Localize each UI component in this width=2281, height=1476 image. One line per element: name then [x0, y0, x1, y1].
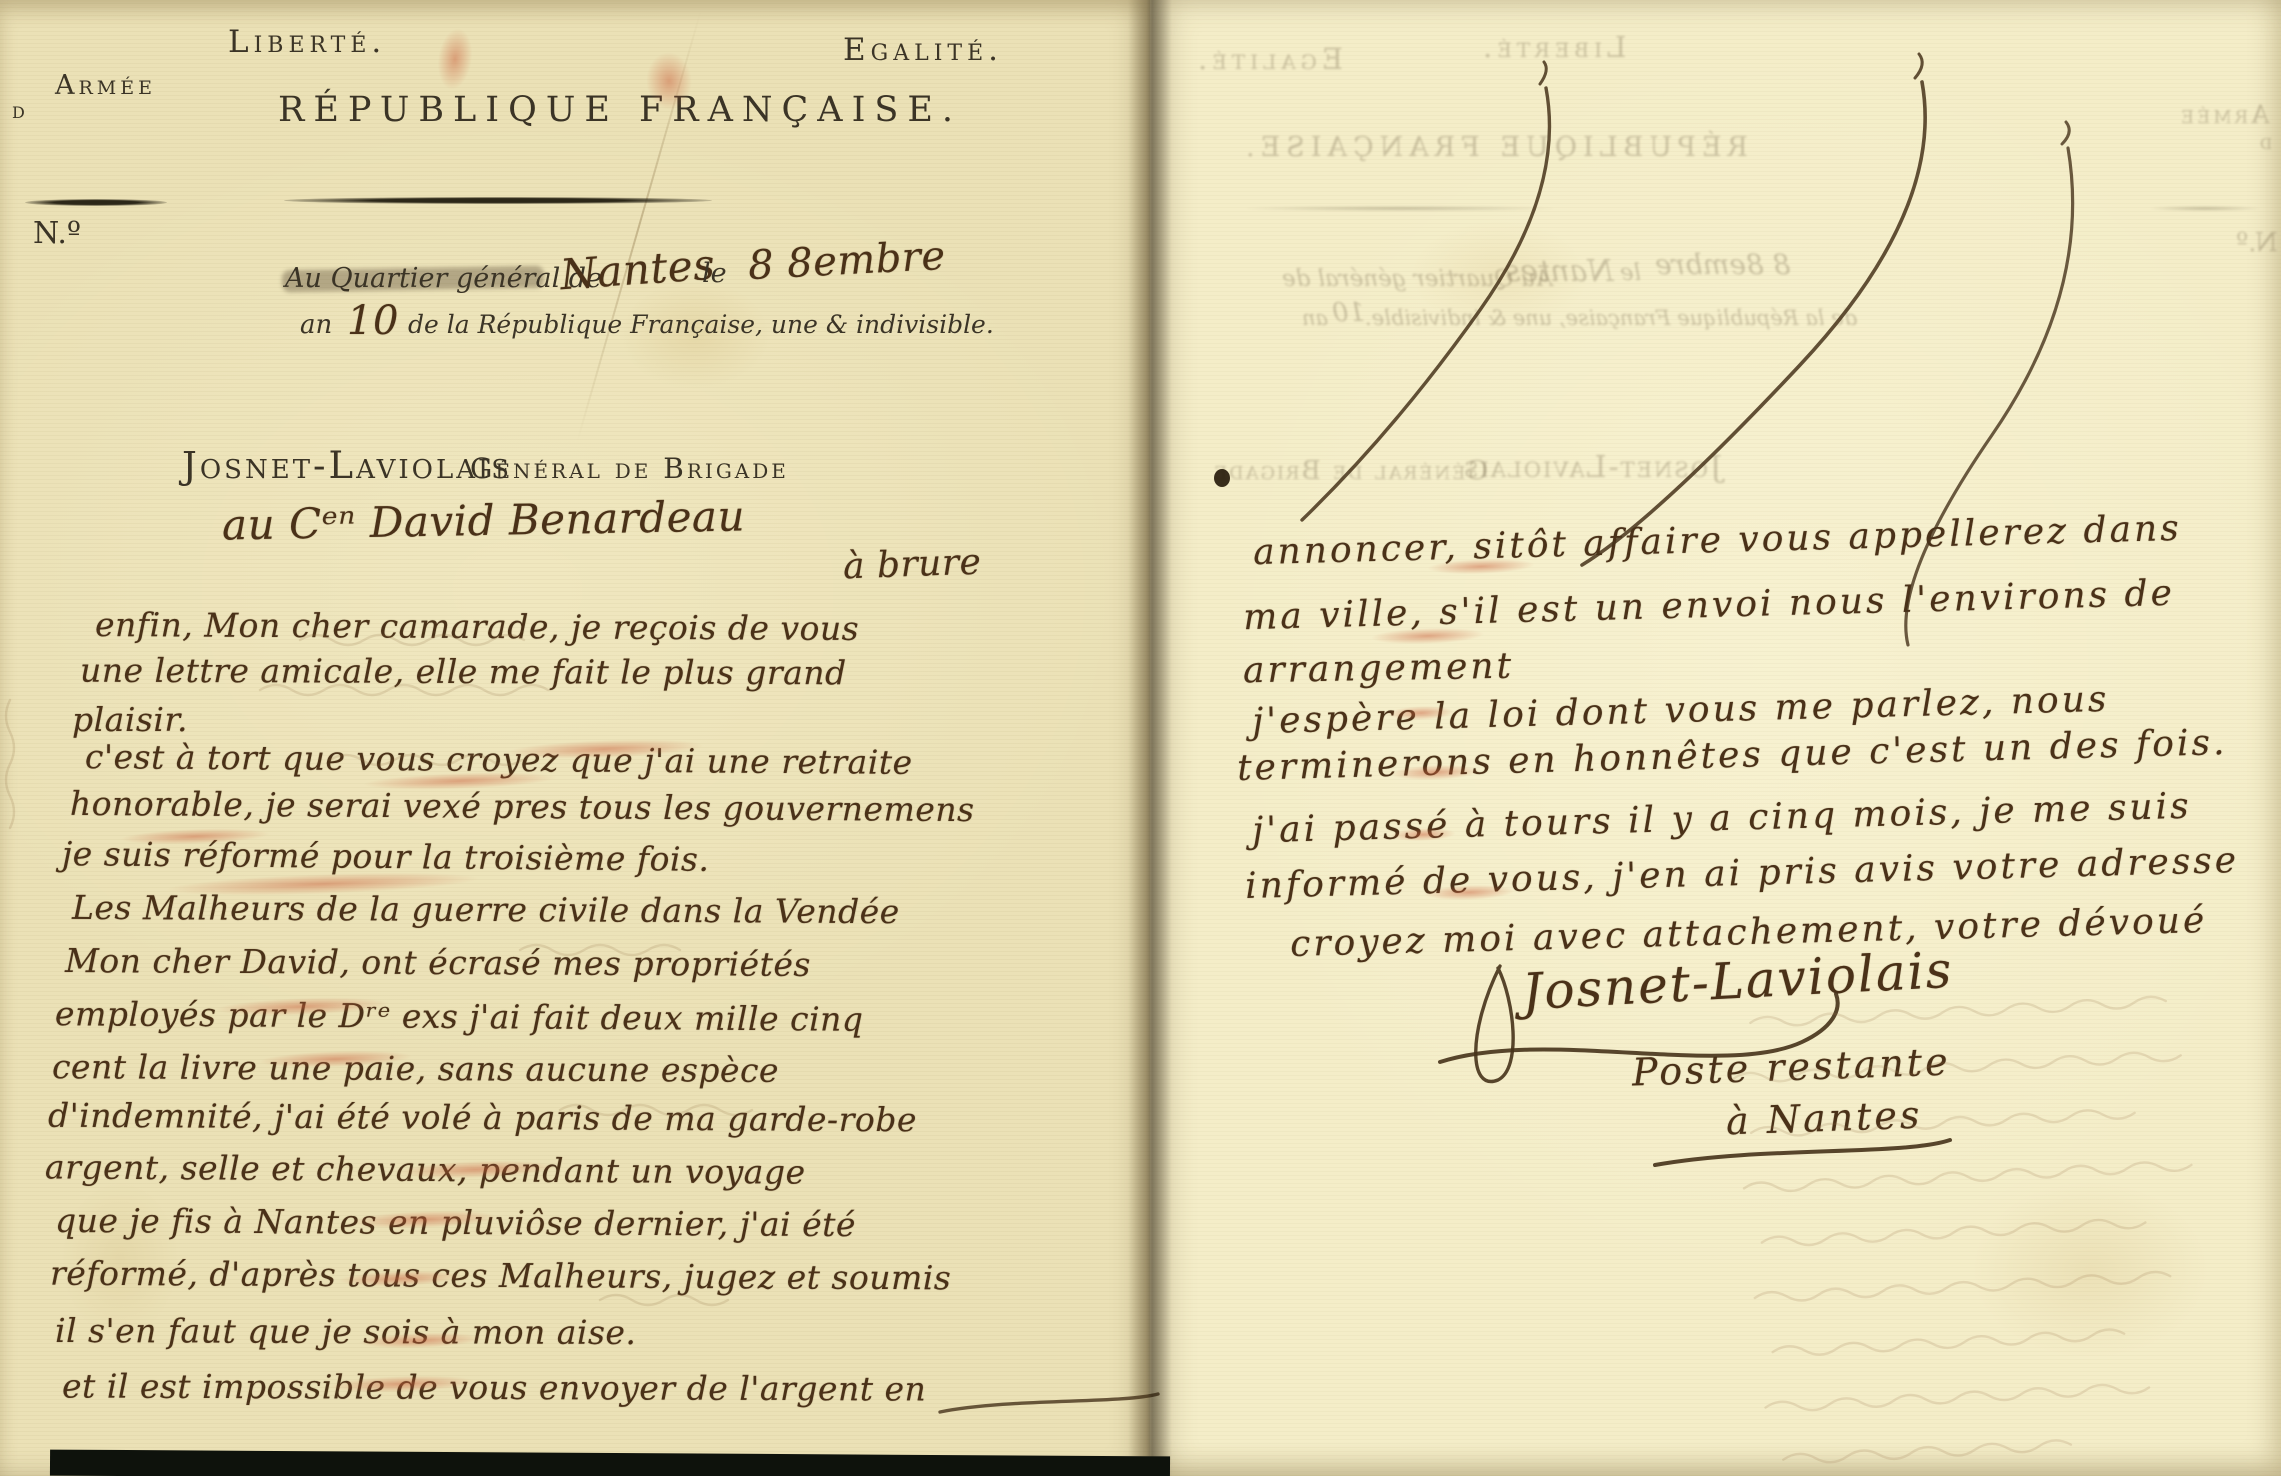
document-scan: Liberté. Egalité. Armée d RÉPUBLIQUE FRA… [0, 0, 2281, 1476]
letterhead-rule-center [284, 197, 712, 204]
letterhead-armee-d: d [12, 98, 25, 124]
letterhead-armee: Armée [55, 70, 156, 101]
heading-sender-title: Général de Brigade [470, 452, 789, 485]
bleedthrough-armee-d: d [2260, 130, 2272, 154]
bleedthrough-rule [1245, 206, 1555, 211]
handwritten-line: employés par le Dʳᵉ exs j'ai fait deux m… [55, 994, 864, 1039]
handwritten-line: plaisir. [72, 700, 188, 739]
handwritten-line: réformé, d'après tous ces Malheurs, juge… [50, 1254, 952, 1298]
handwritten-line: honorable, je serai vexé pres tous les g… [70, 784, 975, 829]
bleedthrough-republique: RÉPUBLIQUE FRANÇAISE. [1240, 132, 1748, 163]
bleedthrough-dateline-an: an [1302, 306, 1328, 330]
bleedthrough-dateline-anvalue: 10 [1332, 298, 1365, 328]
bleedthrough-numero: N.º [2236, 228, 2278, 258]
heading-sender-name: Josnet-Laviolais [182, 444, 512, 487]
letterhead-egalite: Egalité. [843, 32, 1003, 68]
bleedthrough-dateline-le: le [1620, 260, 1641, 286]
bleedthrough-liberte: Liberté. [1478, 30, 1626, 64]
red-chalk-mark [434, 26, 476, 92]
handwritten-line: une lettre amicale, elle me fait le plus… [80, 651, 847, 693]
bleedthrough-rule [2150, 206, 2260, 211]
bleedthrough-armee: Armée [2178, 100, 2269, 129]
letter-page-left: Liberté. Egalité. Armée d RÉPUBLIQUE FRA… [0, 0, 1150, 1476]
handwritten-line: d'indemnité, j'ai été volé à paris de ma… [48, 1096, 917, 1140]
letterhead-republique: RÉPUBLIQUE FRANÇAISE. [278, 90, 962, 130]
bleedthrough-dateline-place: Nantes [1505, 254, 1614, 289]
bleedthrough-dateline-date: 8 8embre [1655, 248, 1791, 281]
handwritten-line: arrangement [1243, 646, 1515, 692]
bleedthrough-dateline-suffix: de la République Française, une & indivi… [1365, 306, 1857, 330]
dateline-line2-suffix: de la République Française, une & indivi… [408, 310, 994, 339]
dateline-an-handwritten: 10 [347, 298, 399, 344]
handwritten-line: Mon cher David, ont écrasé mes propriété… [65, 941, 811, 984]
handwritten-line: enfin, Mon cher camarade, je reçois de v… [95, 605, 859, 648]
postscript-line: à Nantes [1725, 1093, 1923, 1144]
bleedthrough-egalite: Egalité. [1193, 42, 1343, 76]
handwritten-line: il s'en faut que je sois à mon aise. [55, 1311, 637, 1352]
bleedthrough-heading-title: Général de Brigade [1212, 456, 1488, 486]
paper-stain [1970, 1180, 2210, 1360]
address-recipient: au Cᵉⁿ David Benardeau [222, 491, 746, 549]
page-gutter-shadow [1128, 0, 1172, 1476]
letterhead-rule-left [25, 199, 167, 206]
handwritten-line: et il est impossible de vous envoyer de … [62, 1366, 926, 1408]
dateline-printed-le: le [702, 258, 727, 289]
letterhead-liberte: Liberté. [228, 24, 386, 60]
address-place: à brure [842, 542, 982, 588]
dateline-an-label: an [300, 310, 332, 340]
dateline-printed-prefix: Au Quartier général de [285, 263, 602, 294]
letterhead-numero: N.º [33, 216, 81, 251]
handwritten-line: cent la livre une paie, sans aucune espè… [52, 1047, 779, 1090]
bleedthrough-heading-name: Josnet-Laviolais [1462, 450, 1722, 485]
dateline-date-handwritten: 8 8embre [747, 233, 947, 289]
